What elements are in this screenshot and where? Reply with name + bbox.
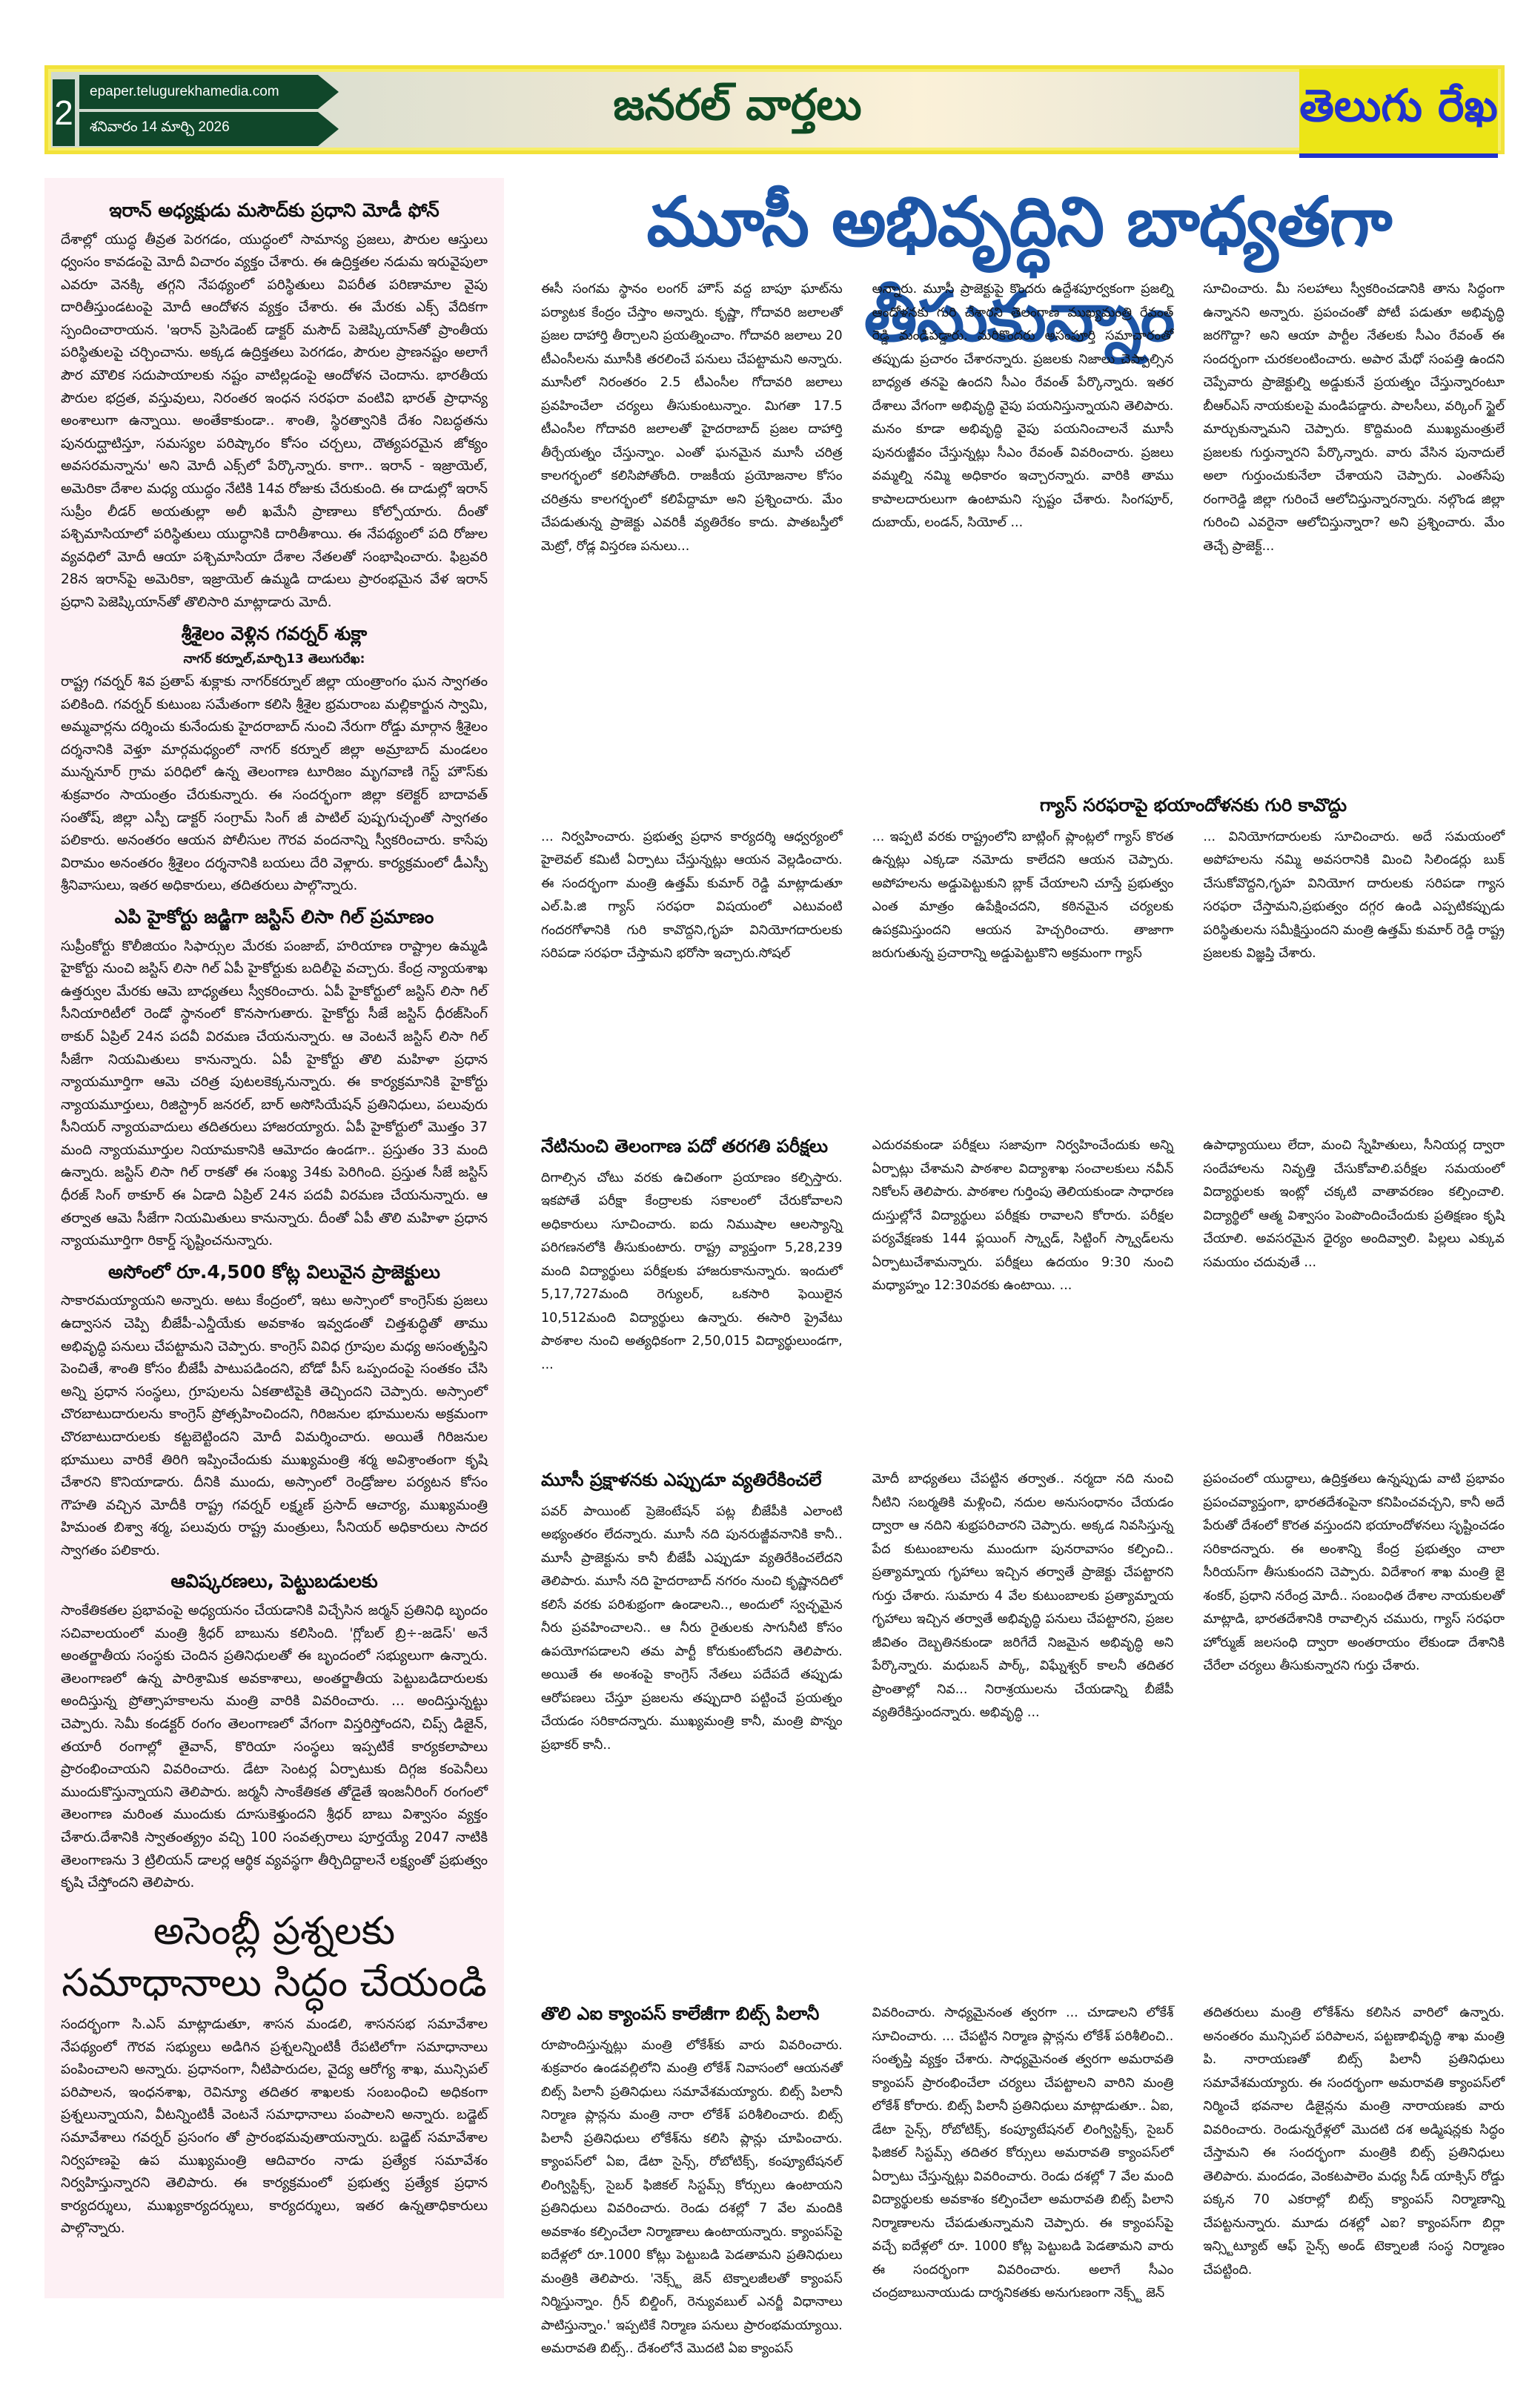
article-column: సూచించారు. మీ సలహాలు స్వీకరించడానికి తాన… bbox=[1203, 278, 1505, 558]
article-column-wrap: తొలి ఎఐ క్యాంపస్ కాలేజీగా బిట్స్ పిలానీ … bbox=[541, 2002, 843, 2361]
article-column: దిగాల్సిన చోటు వరకు ఉచితంగా ప్రయాణం కల్ప… bbox=[541, 1167, 843, 1377]
article-headline: అసెంబ్లీ ప్రశ్నలకు సమాధానాలు సిద్ధం చేయం… bbox=[61, 1905, 488, 2009]
article-headline: అసోంలో రూ.4,500 కోట్ల విలువైన ప్రాజెక్టు… bbox=[61, 1260, 488, 1285]
article-body: సాంకేతికతల ప్రభావంపై అధ్యయనం చేయడానికి వ… bbox=[61, 1600, 488, 1895]
article-headline: గ్యాస్ సరఫరాపై భయాందోళనకు గురి కావొద్దు bbox=[882, 793, 1505, 818]
main-headline: మూసీ అభివృద్ధిని బాధ్యతగా తీసుకున్నాం bbox=[534, 175, 1505, 270]
article-headline: ఎపి హైకోర్టు జడ్జిగా జస్టిస్ లిసా గిల్ ప… bbox=[61, 905, 488, 930]
article-column: ఈసీ సంగమ స్థానం లంగర్ హౌస్ వద్ద బాపూ ఘాట… bbox=[541, 278, 843, 558]
bits-pilani-article: తొలి ఎఐ క్యాంపస్ కాలేజీగా బిట్స్ పిలానీ … bbox=[541, 2002, 1505, 2361]
article-body: సుప్రీంకోర్టు కొలీజియం సిఫార్సుల మేరకు ప… bbox=[61, 936, 488, 1253]
article-headline: ఆవిష్కరణలు, పెట్టుబడులకు bbox=[61, 1569, 488, 1594]
section-title: జనరల్ వార్తలు bbox=[51, 72, 1276, 148]
article-column: ... ఇప్పటి వరకు రాష్ట్రంలోని బాట్లింగ్ ప… bbox=[872, 826, 1174, 966]
article-headline: శ్రీశైలం వెళ్లిన గవర్నర్ శుక్లా bbox=[61, 622, 488, 646]
article-column: మోదీ బాధ్యతలు చేపట్టిన తర్వాత.. నర్మదా న… bbox=[872, 1468, 1174, 1757]
left-news-column: ఇరాన్ అధ్యక్షుడు మసౌద్‌కు ప్రధాని మోడీ ఫ… bbox=[44, 178, 504, 2298]
article-headline: నేటినుంచి తెలంగాణ పదో తరగతి పరీక్షలు bbox=[541, 1134, 843, 1160]
article-column-wrap: మూసీ ప్రక్షాళనకు ఎప్పుడూ వ్యతిరేకించలే ప… bbox=[541, 1468, 843, 1757]
ssc-exams-article: నేటినుంచి తెలంగాణ పదో తరగతి పరీక్షలు దిగ… bbox=[541, 1134, 1505, 1377]
article-column: ... నిర్వహించారు. ప్రభుత్వ ప్రధాన కార్యద… bbox=[541, 826, 843, 966]
masthead: 2 epaper.telugurekhamedia.com శనివారం 14… bbox=[44, 65, 1505, 154]
article-body: దేశాల్లో యుద్ధ తీవ్రత పెరగడం, యుద్ధంలో స… bbox=[61, 229, 488, 615]
gas-supply-article: గ్యాస్ సరఫరాపై భయాందోళనకు గురి కావొద్దు … bbox=[541, 793, 1505, 966]
article-body: సాకారమయ్యాయని అన్నారు. అటు కేంద్రంలో, ఇట… bbox=[61, 1290, 488, 1562]
lead-article: ఈసీ సంగమ స్థానం లంగర్ హౌస్ వద్ద బాపూ ఘాట… bbox=[541, 278, 1505, 558]
article-column-wrap: నేటినుంచి తెలంగాణ పదో తరగతి పరీక్షలు దిగ… bbox=[541, 1134, 843, 1377]
article-column: పవర్ పాయింట్ ప్రెజెంటేషన్ పట్ల బీజేపీకి … bbox=[541, 1501, 843, 1758]
article-headline: ఇరాన్ అధ్యక్షుడు మసౌద్‌కు ప్రధాని మోడీ ఫ… bbox=[61, 199, 488, 223]
article-column: ఎదురవకుండా పరీక్షలు సజావుగా నిర్వహించేంద… bbox=[872, 1134, 1174, 1377]
article-column: తదితరులు మంత్రి లోకేశ్‌ను కలిసిన వారిలో … bbox=[1203, 2002, 1505, 2361]
newspaper-logo: తెలుగు రేఖ bbox=[1299, 69, 1498, 158]
article-column: వివరించారు. సాధ్యమైనంత త్వరగా ... చూడాలన… bbox=[872, 2002, 1174, 2361]
article-body: రాష్ట్ర గవర్నర్ శివ ప్రతాప్ శుక్లాకు నాగ… bbox=[61, 671, 488, 898]
masthead-band: 2 epaper.telugurekhamedia.com శనివారం 14… bbox=[51, 72, 1498, 148]
article-column: ఉపాధ్యాయులు లేదా, మంచి స్నేహితులు, సీనియ… bbox=[1203, 1134, 1505, 1377]
article-body: సందర్భంగా సి.ఎస్ మాట్లాడుతూ, శాసన మండలి,… bbox=[61, 2014, 488, 2240]
article-column: ... వినియోగదారులకు సూచించారు. అదే సమయంలో… bbox=[1203, 826, 1505, 966]
article-column: ప్రపంచంలో యుద్ధాలు, ఉద్రిక్తతలు ఉన్నప్పు… bbox=[1203, 1468, 1505, 1757]
article-headline: తొలి ఎఐ క్యాంపస్ కాలేజీగా బిట్స్ పిలానీ bbox=[541, 2002, 843, 2027]
article-dateline: నాగర్ కర్నూల్,మార్చి13 తెలుగురేఖ: bbox=[61, 652, 488, 669]
article-column: రూపొందిస్తున్నట్లు మంత్రి లోకేశ్‌కు వారు… bbox=[541, 2034, 843, 2361]
article-headline: మూసీ ప్రక్షాళనకు ఎప్పుడూ వ్యతిరేకించలే bbox=[541, 1468, 843, 1493]
article-column: అన్నారు. మూసీ ప్రాజెక్టుపై కొందరు ఉద్దేశ… bbox=[872, 278, 1174, 558]
musi-bjp-article: మూసీ ప్రక్షాళనకు ఎప్పుడూ వ్యతిరేకించలే ప… bbox=[541, 1468, 1505, 1757]
